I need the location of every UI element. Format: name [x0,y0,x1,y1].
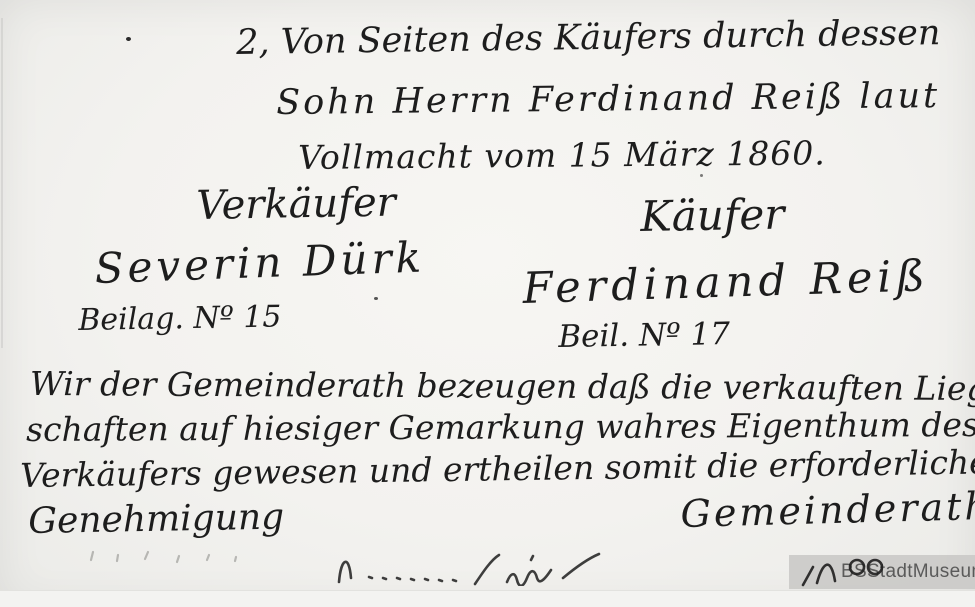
opening-line-2: Sohn Herrn Ferdinand Reiß laut [276,77,940,122]
seller-annex-note: Beilag. Nº 15 [78,300,282,337]
buyer-heading: Käufer [640,191,785,240]
faint-clipped-marks [85,546,285,566]
photo-bottom-border [0,590,975,607]
seller-signature: Severin Dürk [94,234,426,292]
opening-line-1: 2, Von Seiten des Käufers durch dessen [236,14,941,62]
attestation-line-4: Genehmigung [28,498,285,542]
document-photo: 2, Von Seiten des Käufers durch dessen S… [0,0,975,607]
opening-line-3-date: Vollmacht vom 15 März 1860. [298,135,826,176]
ink-speck [374,297,378,300]
photo-edge-artifact [1,18,3,348]
council-signature: Gemeinderath [680,486,975,536]
clipped-signature-strokes [325,546,685,586]
buyer-annex-note: Beil. Nº 17 [558,317,730,354]
attestation-line-2: schaften auf hiesiger Gemarkung wahres E… [26,407,975,448]
seller-heading: Verkäufer [196,181,396,228]
buyer-signature: Ferdinand Reiß [522,253,931,313]
attestation-line-3: Verkäufers gewesen und ertheilen somit d… [20,444,975,494]
attestation-line-1: Wir der Gemeinderath bezeugen daß die ve… [30,366,975,408]
ink-speck [700,174,703,177]
ink-speck [126,37,131,41]
clipped-date-strokes [795,543,905,590]
